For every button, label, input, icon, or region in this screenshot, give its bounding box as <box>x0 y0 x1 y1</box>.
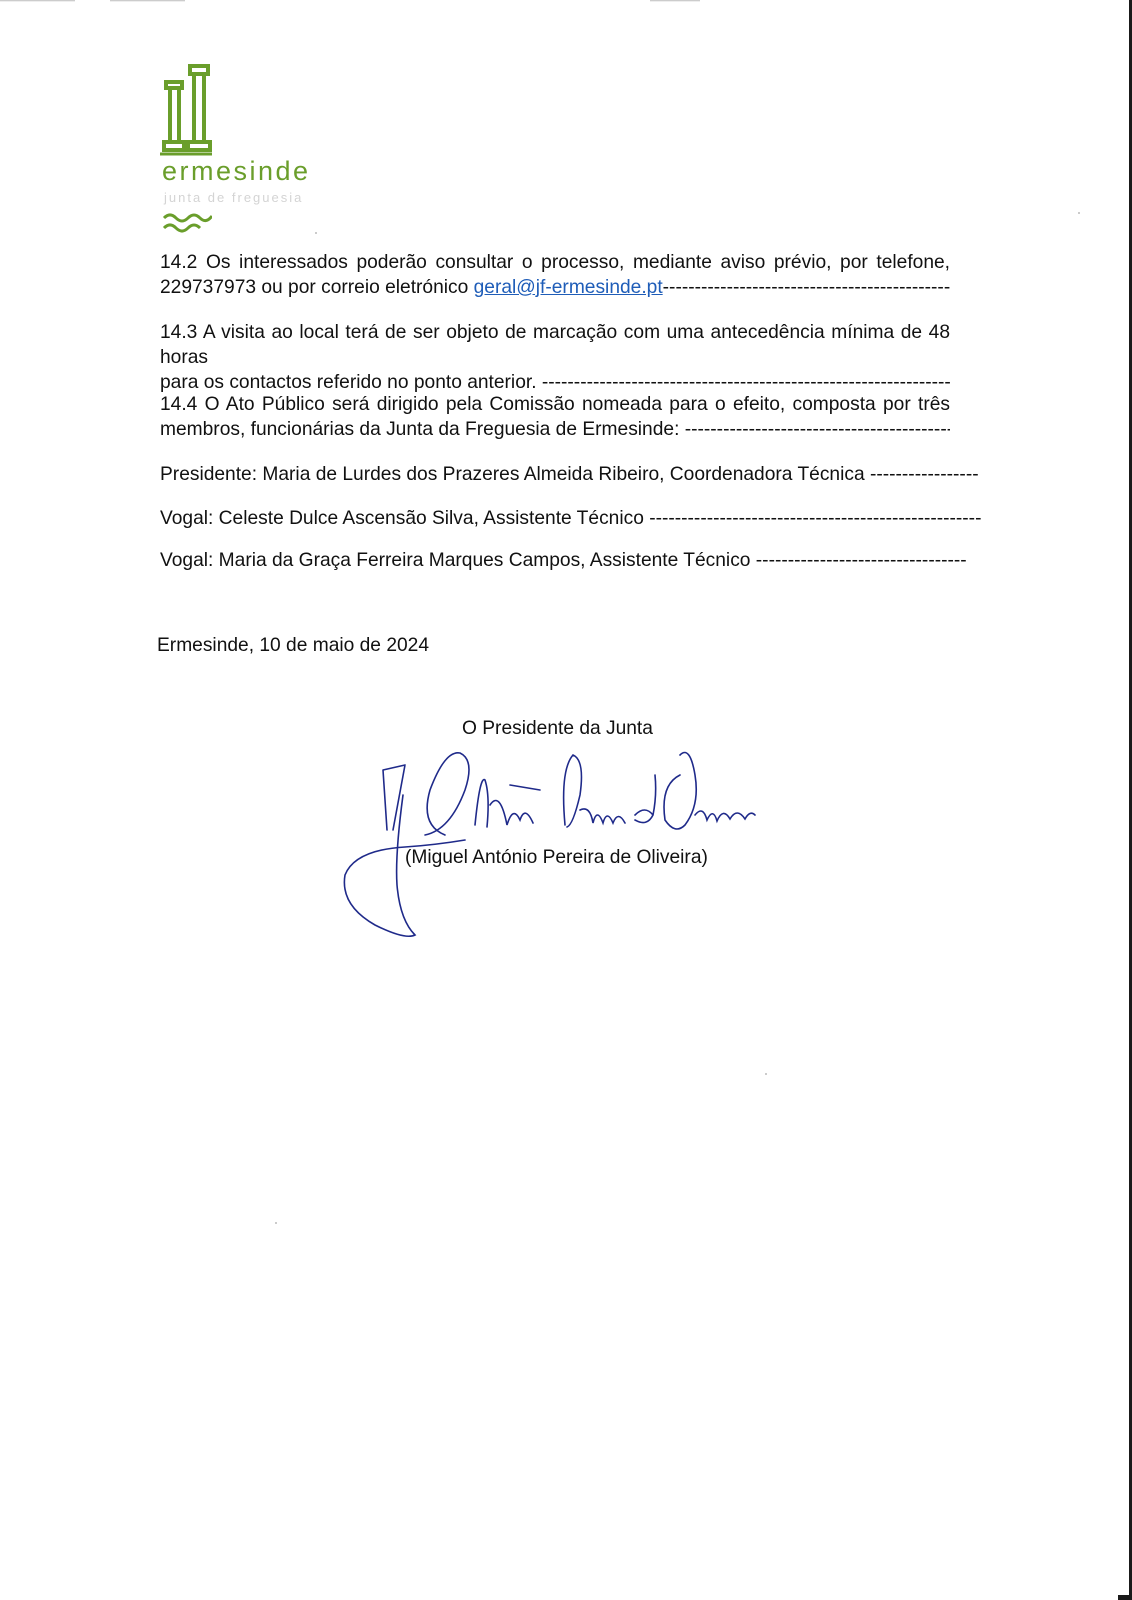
scan-speck <box>765 1073 767 1075</box>
paragraph-line: 14.3 A visita ao local terá de ser objet… <box>160 320 950 370</box>
committee-vogal-1: Vogal: Celeste Dulce Ascensão Silva, Ass… <box>160 506 981 531</box>
email-link[interactable]: geral@jf-ermesinde.pt <box>474 277 663 298</box>
paragraph-text: membros, funcionárias da Junta da Fregue… <box>160 419 685 440</box>
paragraph-14-2: 14.2 Os interessados poderão consultar o… <box>160 250 950 300</box>
paragraph-text: 229737973 ou por correio eletrónico <box>160 277 474 298</box>
committee-president: Presidente: Maria de Lurdes dos Prazeres… <box>160 462 979 487</box>
paragraph-14-3: 14.3 A visita ao local terá de ser objet… <box>160 320 950 395</box>
committee-text: Vogal: Maria da Graça Ferreira Marques C… <box>160 550 756 571</box>
scan-artifact <box>0 0 75 2</box>
dash-fill: ----------------------------------------… <box>663 277 950 298</box>
ermesinde-logo: ermesinde junta de freguesia <box>160 62 340 157</box>
committee-vogal-2: Vogal: Maria da Graça Ferreira Marques C… <box>160 548 967 573</box>
paragraph-line: 14.4 O Ato Público será dirigido pela Co… <box>160 392 950 417</box>
scan-speck <box>1078 212 1080 214</box>
committee-text: Presidente: Maria de Lurdes dos Prazeres… <box>160 464 870 485</box>
page-edge-corner <box>1118 1595 1132 1600</box>
scan-artifact <box>650 0 700 2</box>
committee-text: Vogal: Celeste Dulce Ascensão Silva, Ass… <box>160 508 649 529</box>
paragraph-text: para os contactos referido no ponto ante… <box>160 372 542 393</box>
logo-subtitle: junta de freguesia <box>164 190 303 205</box>
scan-speck <box>275 1222 277 1224</box>
dash-fill: ----------------- <box>870 464 979 485</box>
scan-artifact <box>110 0 185 2</box>
place-date: Ermesinde, 10 de maio de 2024 <box>157 633 429 658</box>
logo-name: ermesinde <box>162 156 311 187</box>
handwritten-signature <box>335 735 765 945</box>
scan-speck <box>315 232 317 234</box>
waves-icon <box>162 210 212 234</box>
signatory-name: (Miguel António Pereira de Oliveira) <box>405 847 708 869</box>
dash-fill: ----------------------------------------… <box>685 419 950 440</box>
dash-fill: ----------------------------------------… <box>649 508 981 529</box>
columns-logo-icon <box>160 62 220 157</box>
dash-fill: --------------------------------- <box>756 550 967 571</box>
paragraph-line: 14.2 Os interessados poderão consultar o… <box>160 250 950 275</box>
paragraph-14-4: 14.4 O Ato Público será dirigido pela Co… <box>160 392 950 442</box>
dash-fill: ----------------------------------------… <box>542 372 950 393</box>
